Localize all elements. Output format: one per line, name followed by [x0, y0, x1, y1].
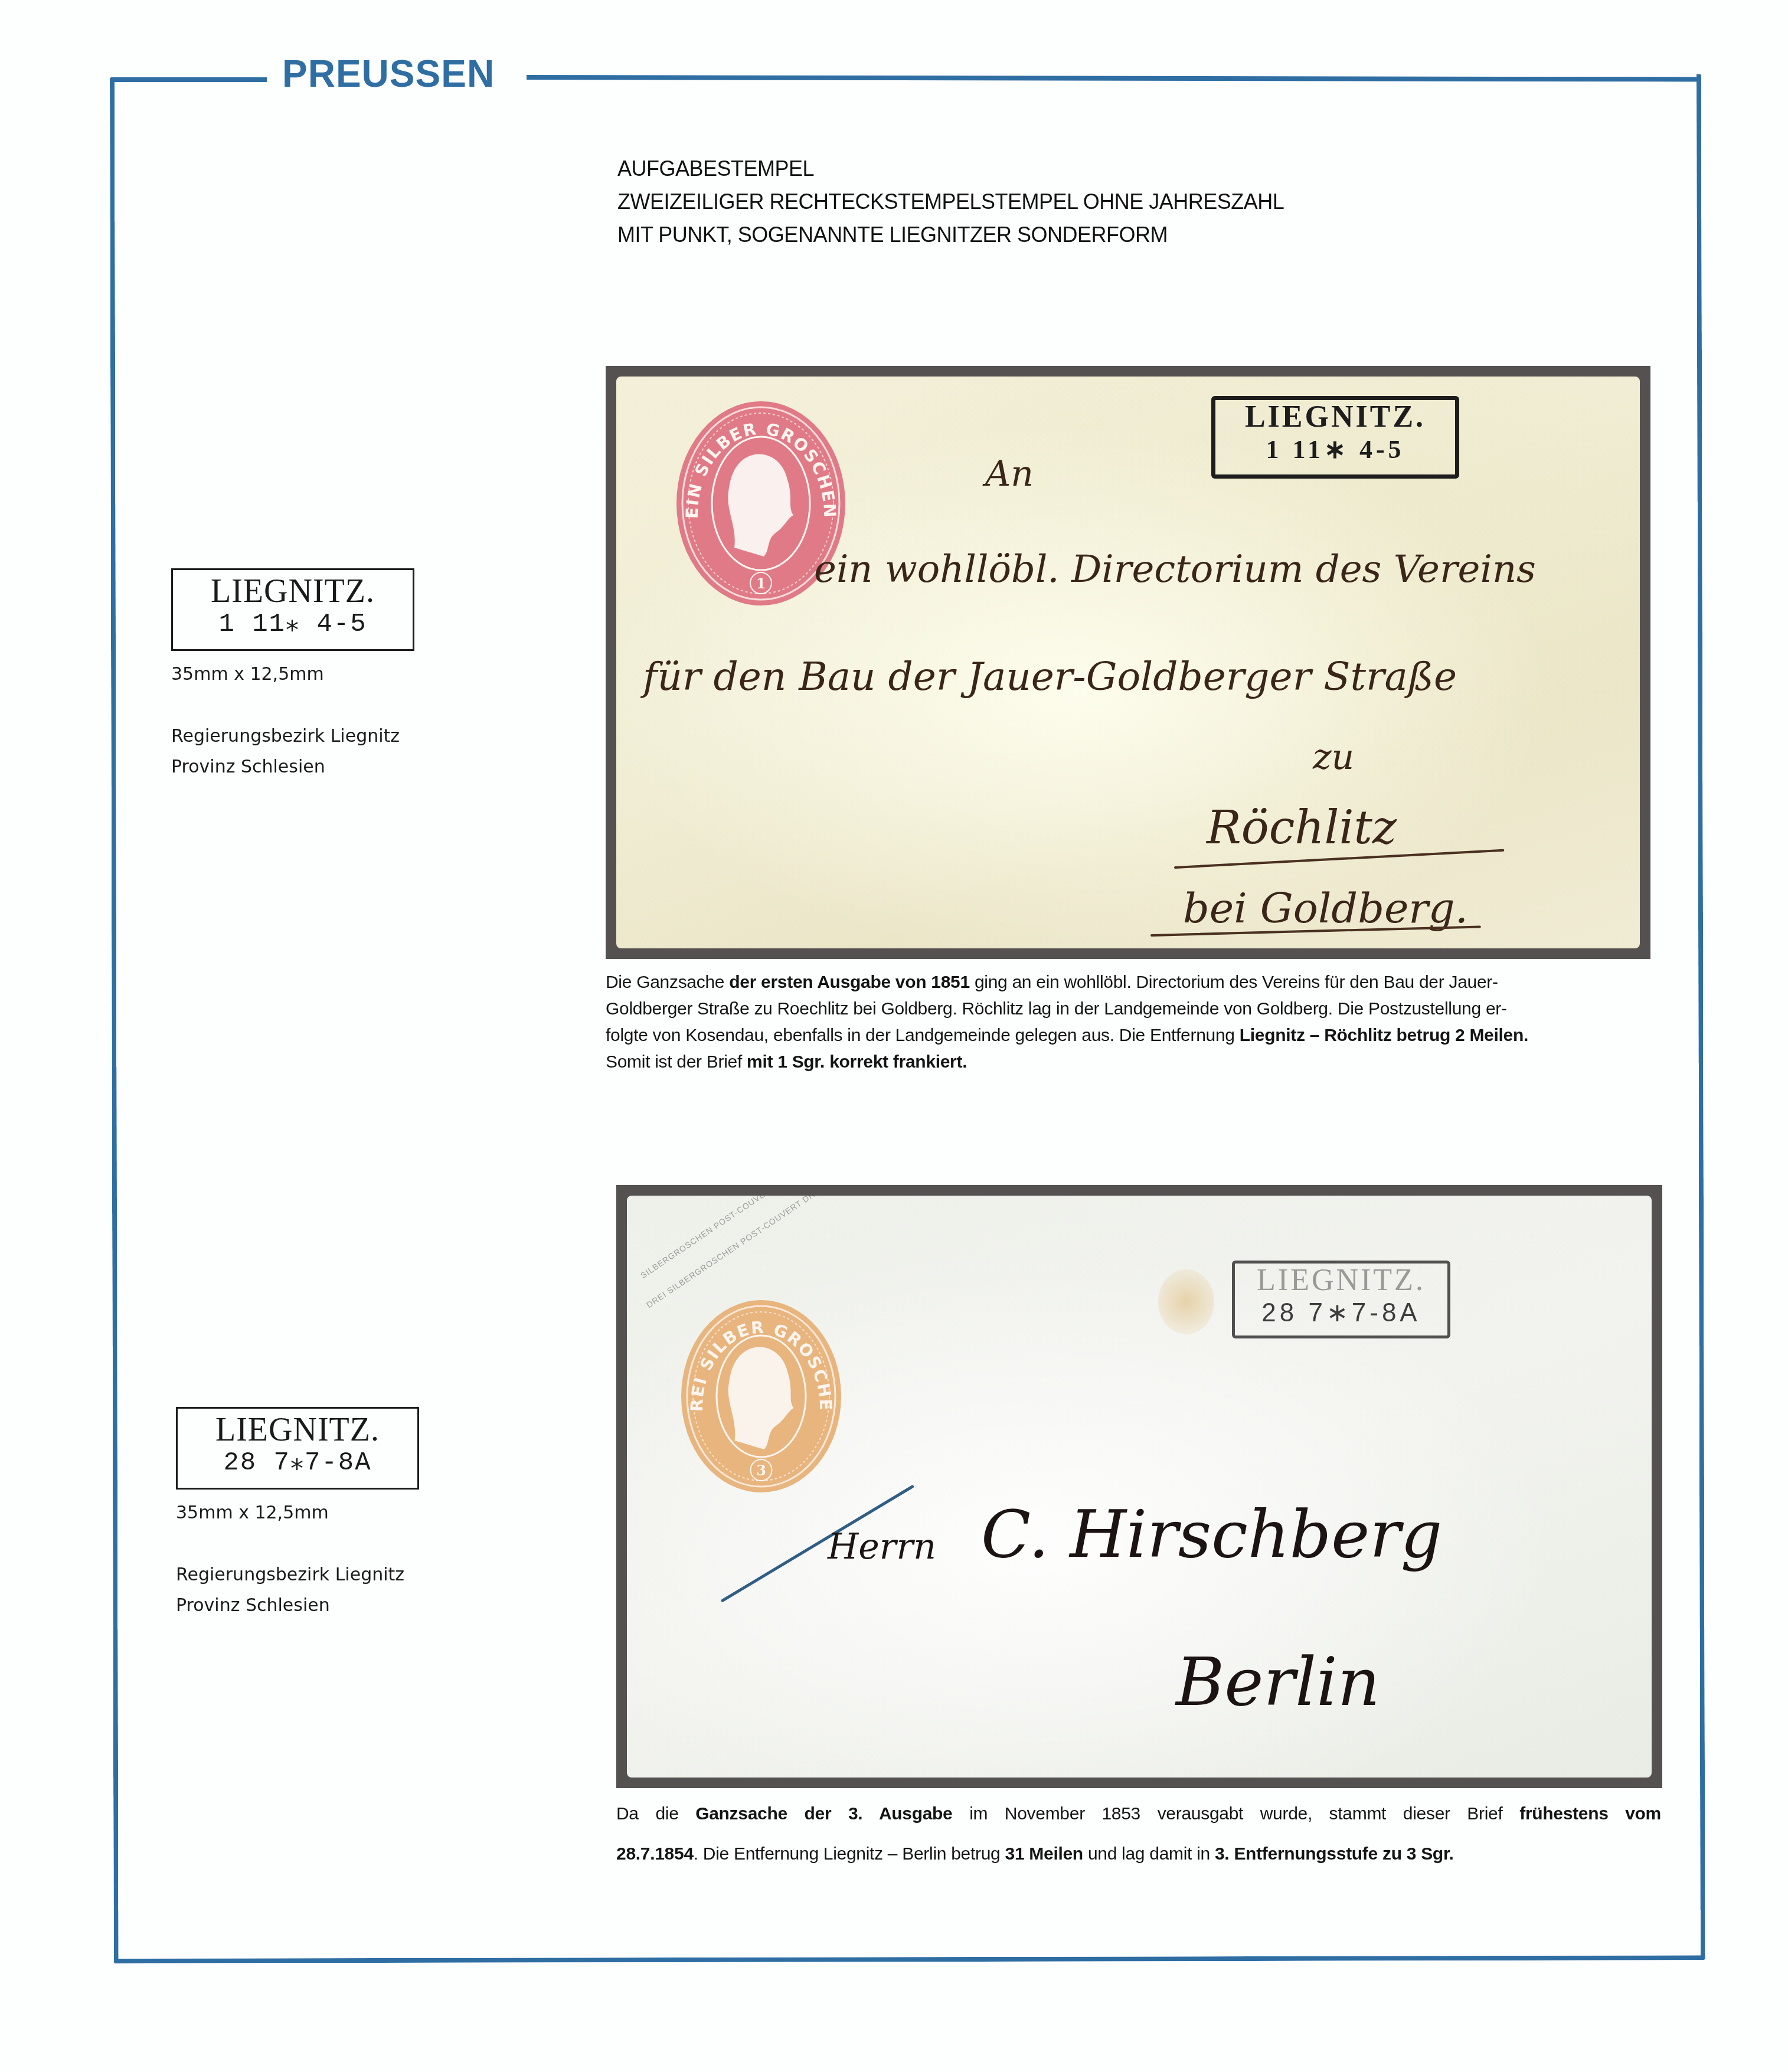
- reference-region: Regierungsbezirk Liegnitz: [171, 721, 414, 752]
- frame-top-left-rule: [110, 77, 267, 82]
- reference-province: Provinz Schlesien: [171, 752, 414, 783]
- heading-line: AUFGABESTEMPEL: [617, 152, 1284, 185]
- caption-line: Die Ganzsache der ersten Ausgabe von 185…: [606, 969, 1650, 996]
- caption-line: Da die Ganzsache der 3. Ausgabe im Novem…: [616, 1794, 1661, 1834]
- caption-emphasis: mit 1 Sgr. korrekt frankiert.: [747, 1052, 967, 1072]
- envelope-2-caption: Da die Ganzsache der 3. Ausgabe im Novem…: [616, 1794, 1661, 1874]
- envelope-1-mount: EIN SILBER GROSCHEN1 LIEGNITZ. 1 11∗ 4-5…: [606, 366, 1650, 959]
- postmark-town: LIEGNITZ.: [1215, 400, 1455, 434]
- caption-line: Somit ist der Brief mit 1 Sgr. korrekt f…: [606, 1049, 1650, 1075]
- reference-region: Regierungsbezirk Liegnitz: [176, 1560, 419, 1590]
- reference-region-block: Regierungsbezirk Liegnitz Provinz Schles…: [176, 1560, 419, 1621]
- reference-stamp-1: LIEGNITZ. 1 11⁎ 4-5 35mm x 12,5mm Regier…: [171, 568, 414, 783]
- postmark-date: 1 11∗ 4-5: [1215, 434, 1455, 465]
- reference-stamp-dimensions: 35mm x 12,5mm: [171, 664, 414, 685]
- heading-line: MIT PUNKT, SOGENANNTE LIEGNITZER SONDERF…: [617, 218, 1284, 251]
- address-line: für den Bau der Jauer-Goldberger Straße: [643, 654, 1457, 699]
- caption-line: folgte von Kosendau, ebenfalls in der La…: [606, 1022, 1650, 1049]
- svg-text:1: 1: [756, 575, 766, 592]
- caption-text: Da die: [616, 1804, 695, 1824]
- envelope-2-indicium-stamp: DREI SILBER GROSCHEN3: [680, 1299, 842, 1494]
- caption-text: und lag damit in: [1083, 1844, 1215, 1864]
- envelope-1-postmark: LIEGNITZ. 1 11∗ 4-5: [1211, 396, 1459, 479]
- address-line: ein wohllöbl. Directorium des Vereins: [814, 548, 1536, 591]
- postmark-town: LIEGNITZ.: [1235, 1264, 1447, 1298]
- caption-text: im November 1853 verausgabt wurde, stamm…: [953, 1804, 1520, 1824]
- caption-emphasis: 31 Meilen: [1005, 1844, 1083, 1864]
- reference-province: Provinz Schlesien: [176, 1590, 419, 1621]
- reference-stamp-2: LIEGNITZ. 28 7⁎7-8A 35mm x 12,5mm Regier…: [176, 1407, 419, 1621]
- envelope-1-caption: Die Ganzsache der ersten Ausgabe von 185…: [606, 969, 1650, 1075]
- caption-text: ging an ein wohllöbl. Directorium des Ve…: [970, 973, 1498, 992]
- address-line: bei Goldberg.: [1183, 884, 1468, 932]
- reference-stamp-dimensions: 35mm x 12,5mm: [176, 1503, 419, 1523]
- caption-emphasis: 28.7.1854: [616, 1844, 694, 1864]
- reference-stamp-town: LIEGNITZ.: [178, 1412, 417, 1448]
- reference-stamp-date: 1 11⁎ 4-5: [173, 609, 413, 640]
- address-line: Berlin: [1176, 1644, 1380, 1721]
- reference-stamp-box: LIEGNITZ. 1 11⁎ 4-5: [171, 568, 414, 651]
- envelope-1: EIN SILBER GROSCHEN1 LIEGNITZ. 1 11∗ 4-5…: [616, 377, 1640, 948]
- postmark-date: 28 7∗7-8A: [1235, 1298, 1447, 1328]
- envelope-2-mount: SILBERGROSCHEN POST-COUVERT DREI SILBERG…: [616, 1185, 1662, 1788]
- caption-line: 28.7.1854. Die Entfernung Liegnitz – Ber…: [616, 1834, 1661, 1874]
- address-line: zu: [1313, 737, 1354, 778]
- caption-text: folgte von Kosendau, ebenfalls in der La…: [606, 1026, 1240, 1045]
- caption-emphasis: 3. Entfernungsstufe zu 3 Sgr.: [1215, 1844, 1454, 1864]
- svg-text:3: 3: [756, 1462, 766, 1479]
- caption-emphasis: frühestens vom: [1519, 1804, 1661, 1824]
- reference-stamp-town: LIEGNITZ.: [173, 574, 413, 609]
- stain-spot: [1158, 1269, 1214, 1334]
- reference-stamp-box: LIEGNITZ. 28 7⁎7-8A: [176, 1407, 419, 1490]
- section-title: PREUSSEN: [282, 52, 495, 96]
- caption-text: Goldberger Straße zu Roechlitz bei Goldb…: [606, 999, 1507, 1019]
- caption-emphasis: Liegnitz – Röchlitz betrug 2 Meilen.: [1240, 1026, 1528, 1045]
- address-line: Röchlitz: [1207, 801, 1397, 855]
- address-line: C. Hirschberg: [981, 1497, 1442, 1572]
- heading-line: ZWEIZEILIGER RECHTECKSTEMPELSTEMPEL OHNE…: [617, 185, 1284, 218]
- caption-text: Die Ganzsache: [606, 973, 729, 992]
- reference-stamp-date: 28 7⁎7-8A: [178, 1448, 417, 1478]
- caption-text: . Die Entfernung Liegnitz – Berlin betru…: [694, 1844, 1005, 1864]
- caption-emphasis: Ganzsache der 3. Ausgabe: [695, 1804, 952, 1824]
- envelope-2: SILBERGROSCHEN POST-COUVERT DREI SILBERG…: [627, 1196, 1652, 1778]
- caption-line: Goldberger Straße zu Roechlitz bei Goldb…: [606, 996, 1650, 1022]
- caption-emphasis: der ersten Ausgabe von 1851: [729, 973, 970, 992]
- address-line: An: [985, 453, 1034, 495]
- address-line: Herrn: [828, 1526, 936, 1567]
- reference-region-block: Regierungsbezirk Liegnitz Provinz Schles…: [171, 721, 414, 783]
- page-heading: AUFGABESTEMPEL ZWEIZEILIGER RECHTECKSTEM…: [617, 152, 1284, 251]
- caption-text: Somit ist der Brief: [606, 1052, 747, 1072]
- envelope-2-postmark: LIEGNITZ. 28 7∗7-8A: [1232, 1261, 1450, 1338]
